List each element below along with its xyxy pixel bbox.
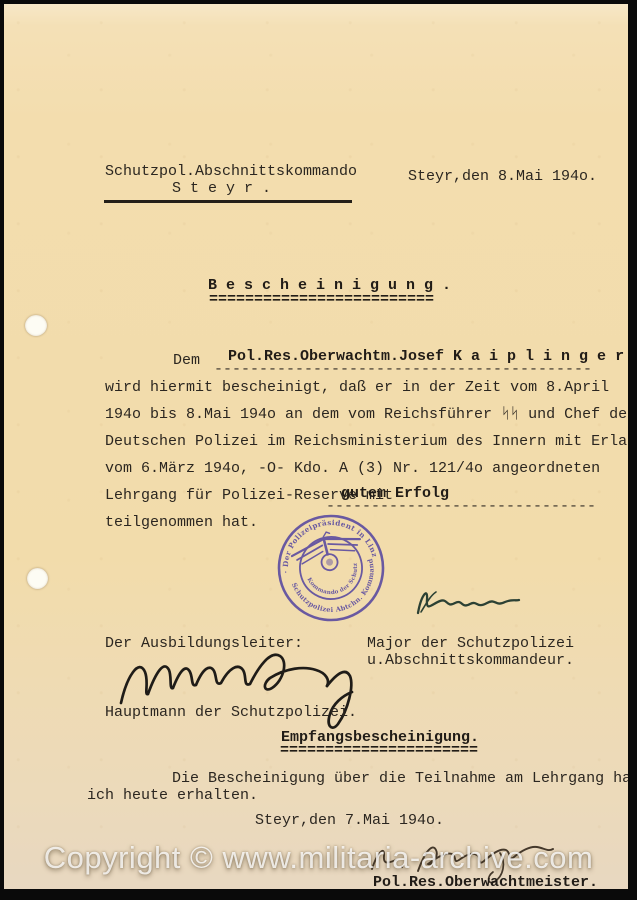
letterhead-rule <box>104 200 352 203</box>
trainer-signature <box>110 645 410 740</box>
commander-signature <box>405 560 535 630</box>
document-title-underline: ========================= <box>209 291 434 308</box>
scan-edge-bottom <box>0 889 637 900</box>
body-line-3: Deutschen Polizei im Reichsministerium d… <box>105 433 636 450</box>
body-line-2: 194o bis 8.Mai 194o an dem vom Reichsfüh… <box>105 406 636 423</box>
left-signer-rank: Hauptmann der Schutzpolizei. <box>105 704 357 721</box>
scan-edge-right <box>628 0 637 900</box>
scan-edge-top <box>0 0 637 4</box>
scan-edge-left <box>0 0 4 900</box>
body-line-1: wird hiermit bescheinigt, daß er in der … <box>105 379 609 396</box>
receipt-line-2: ich heute erhalten. <box>87 787 258 804</box>
receipt-line-1: Die Bescheinigung über die Teilnahme am … <box>172 770 637 787</box>
body-line-4: vom 6.März 194o, -O- Kdo. A (3) Nr. 121/… <box>105 460 600 477</box>
letterhead-office: Schutzpol.Abschnittskommando <box>105 163 357 180</box>
archive-watermark: Copyright © www.militaria-archive.com <box>0 840 637 876</box>
date-line: Steyr,den 8.Mai 194o. <box>408 168 597 185</box>
salutation-prefix: Dem <box>173 352 200 369</box>
punch-hole-bottom <box>27 568 48 589</box>
scanned-document: Schutzpol.Abschnittskommando S t e y r .… <box>0 0 637 900</box>
recipient-name-underline: ----------------------------------------… <box>214 361 592 378</box>
receipt-date: Steyr,den 7.Mai 194o. <box>255 812 444 829</box>
punch-hole-top <box>25 315 47 336</box>
paper-sheet <box>0 0 637 900</box>
letterhead-city: S t e y r . <box>172 180 271 197</box>
official-round-stamp: · Der Polizeipräsident in Linz/Don. · Sc… <box>255 495 415 655</box>
receipt-heading-underline: ====================== <box>280 742 478 759</box>
body-line-6: teilgenommen hat. <box>105 514 258 531</box>
